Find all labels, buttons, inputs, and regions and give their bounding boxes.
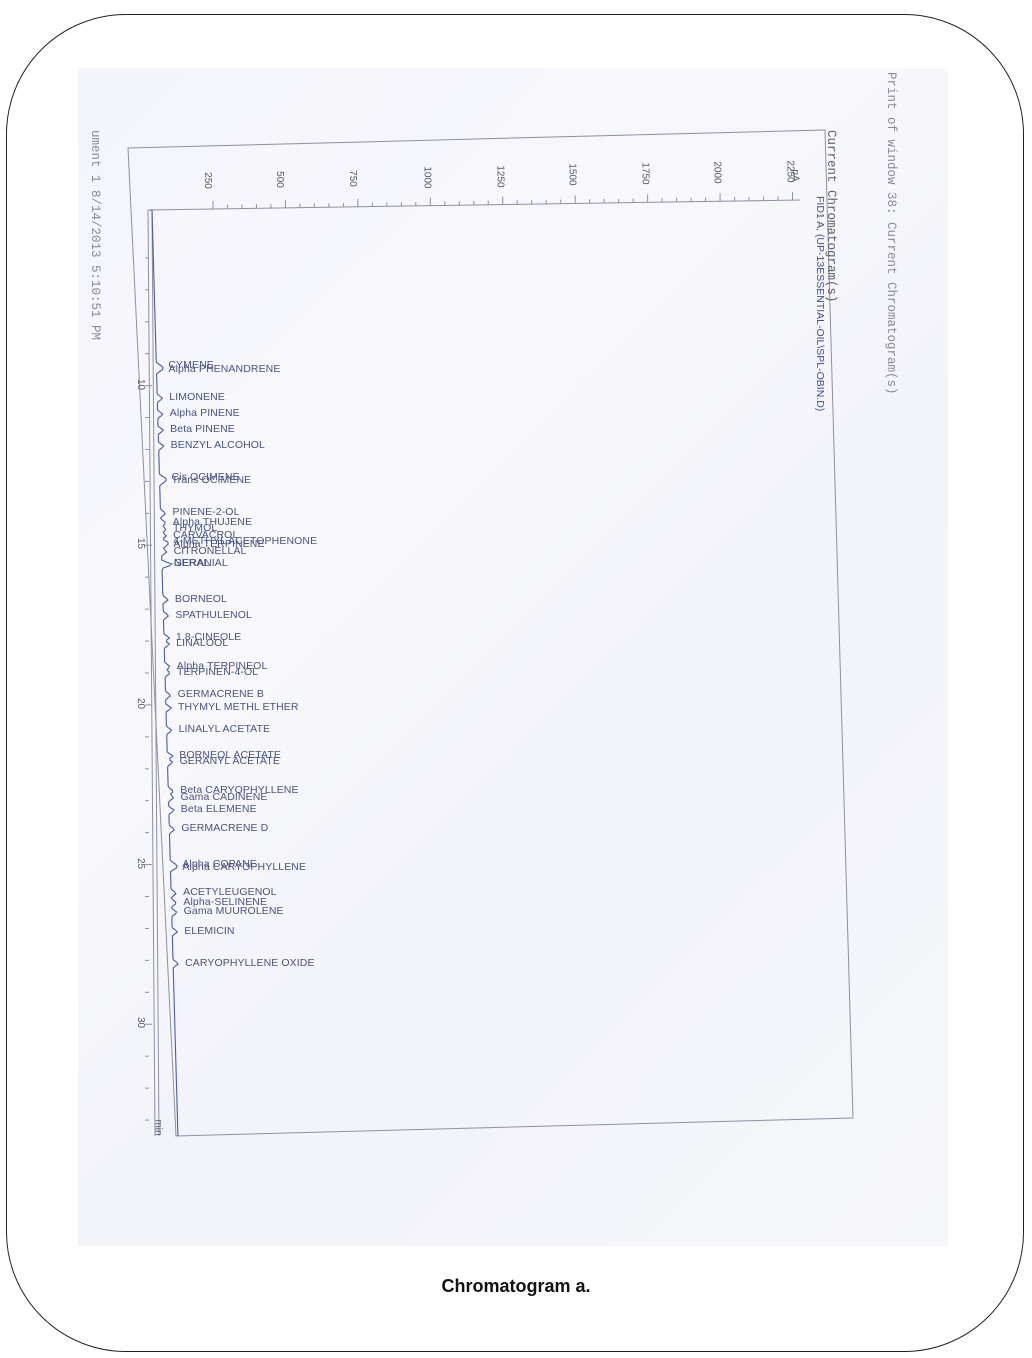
y-tick-label: 250	[202, 172, 213, 189]
peak-label: CARYOPHYLLENE OXIDE	[185, 957, 315, 969]
y-tick-label: 500	[274, 171, 285, 188]
x-axis-unit: min	[153, 1119, 164, 1135]
peak-label: LIMONENE	[169, 391, 225, 403]
x-tick-label: 10	[135, 379, 146, 390]
y-tick-label: 1000	[422, 166, 433, 188]
chromatogram-plot	[0, 0, 1032, 1358]
peak-label: Beta PINENE	[170, 423, 235, 435]
x-tick-label: 25	[135, 858, 146, 869]
peak-label: Gama MUUROLENE	[184, 905, 284, 917]
y-tick-label: 750	[347, 170, 358, 187]
print-timestamp: ument 1 8/14/2013 5:10:51 PM	[88, 130, 102, 340]
y-tick-label: 2000	[712, 162, 723, 184]
window-header: Print of window 38: Current Chromatogram…	[884, 72, 898, 395]
y-tick-label: 1500	[567, 164, 578, 186]
figure-caption: Chromatogram a.	[0, 1276, 1032, 1297]
peak-label: BENZYL ALCOHOL	[171, 439, 265, 451]
peak-label: GERMACRENE D	[181, 822, 268, 834]
peak-label: Gama CADINENE	[180, 791, 267, 803]
peak-label: GERANIAL	[174, 557, 228, 569]
peak-label: Trans OCIMENE	[172, 474, 252, 486]
signal-label: FID1 A, (UP-13ESSENTIAL-OIL\SPL-OBIN.D)	[814, 196, 826, 411]
peak-label: BORNEOL	[175, 593, 227, 605]
peak-label: Alpha PHENANDRENE	[168, 363, 280, 375]
peak-label: SPATHULENOL	[175, 609, 252, 621]
x-tick-label: 20	[135, 698, 146, 709]
peak-label: CITRONELLAL	[174, 545, 247, 557]
peak-label: Alpha PINENE	[170, 407, 240, 419]
y-tick-label: 1750	[639, 163, 650, 185]
peak-label: THYMYL METHL ETHER	[178, 701, 299, 713]
peak-label: TERPINEN-4-OL	[177, 666, 258, 678]
peak-label: GERMACRENE B	[178, 688, 264, 700]
x-tick-label: 30	[135, 1017, 146, 1028]
peak-label: GERANYL ACETATE	[179, 755, 280, 767]
peak-label: Alpha CARYOPHYLLENE	[182, 861, 306, 873]
y-axis-unit: pA	[790, 169, 801, 181]
y-tick-label: 1250	[494, 165, 505, 187]
panel-title: Current Chromatogram(s)	[824, 130, 838, 303]
peak-label: LINALOOL	[176, 637, 228, 649]
peak-label: Beta ELEMENE	[181, 803, 257, 815]
peak-label: ELEMICIN	[184, 925, 234, 937]
peak-label: LINALYL ACETATE	[179, 723, 271, 735]
x-tick-label: 15	[135, 538, 146, 549]
